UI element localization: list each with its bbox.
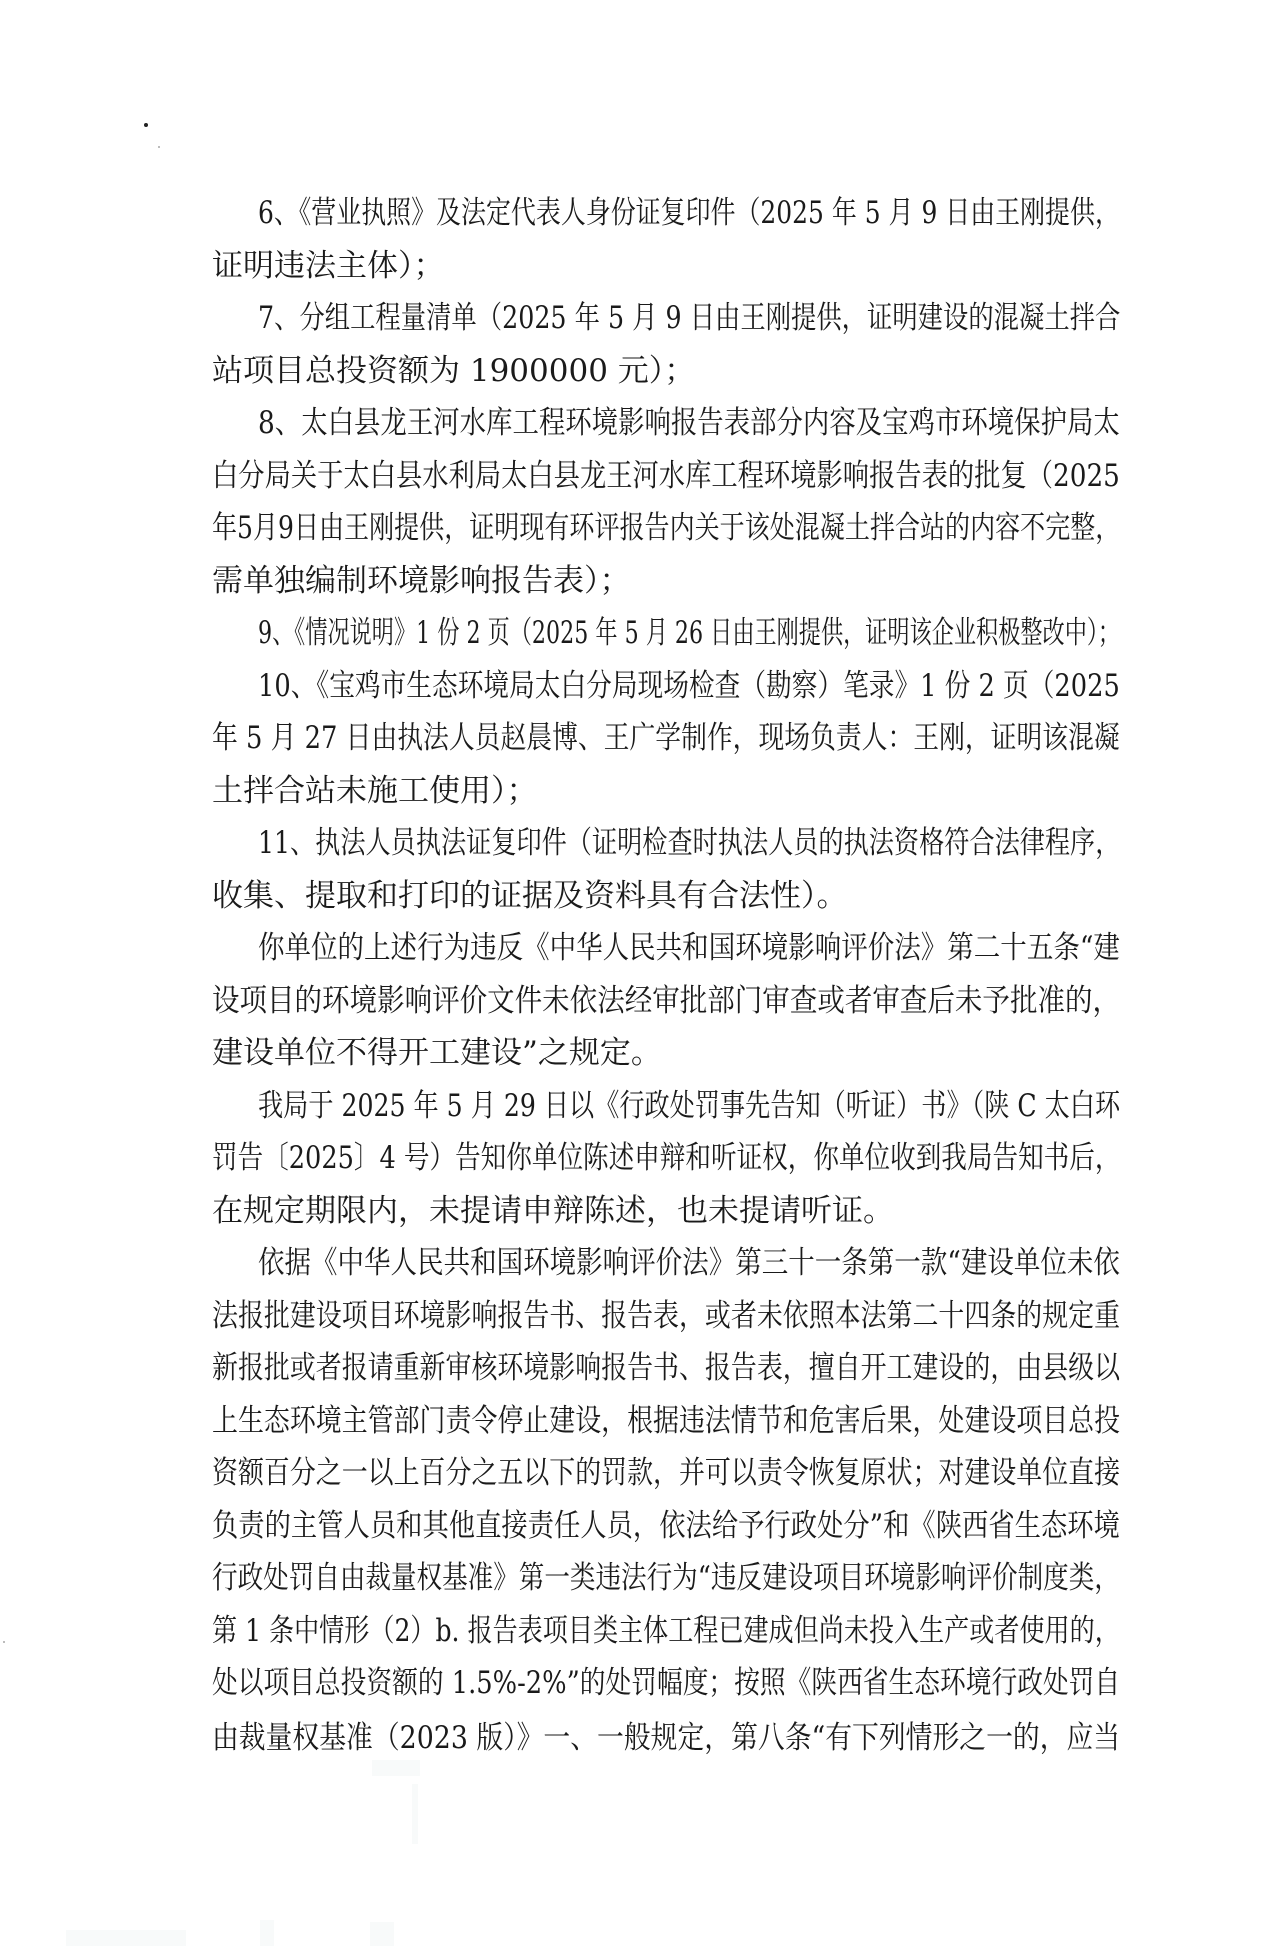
- scan-speck: [3, 1641, 5, 1643]
- legal-basis-line: 第 1 条中情形（2）b. 报告表项目类主体工程已建成但尚未投入生产或者使用的，: [212, 1605, 947, 1657]
- legal-basis-line: 新报批或者报请重新审核环境影响报告书、报告表，擅自开工建设的，由县级以: [212, 1342, 972, 1394]
- legal-basis-line: 处以项目总投资额的 1.5%-2%”的处罚幅度；按照《陕西省生态环境行政处罚自: [212, 1657, 966, 1709]
- bleed-through-mark: [66, 1930, 186, 1946]
- evidence-item-8-line: 白分局关于太白县水利局太白县龙王河水库工程环境影响报告表的批复（2025: [212, 450, 982, 502]
- evidence-item-11-line: 收集、提取和打印的证据及资料具有合法性）。: [212, 870, 1120, 922]
- evidence-item-7-line: 7、分组工程量清单（2025 年 5 月 9 日由王刚提供，证明建设的混凝土拌合: [258, 292, 962, 344]
- evidence-item-8-line: 需单独编制环境影响报告表）；: [212, 555, 1120, 607]
- prior-notice-line: 我局于 2025 年 5 月 29 日以《行政处罚事先告知（听证）书》（陕 C …: [258, 1080, 958, 1132]
- violation-statement-line: 设项目的环境影响评价文件未依法经审批部门审查或者审查后未予批准的，: [212, 975, 1018, 1027]
- scan-speck: [158, 146, 160, 148]
- bleed-through-mark: [370, 1922, 394, 1946]
- evidence-item-10-line: 土拌合站未施工使用）；: [212, 765, 1120, 817]
- legal-basis-line: 负责的主管人员和其他直接责任人员，依法给予行政处分”和《陕西省生态环境: [212, 1500, 983, 1552]
- legal-basis-line: 由裁量权基准（2023 版）》一、一般规定，第八条“有下列情形之一的，应当: [212, 1712, 997, 1764]
- bleed-through-mark: [412, 1784, 418, 1844]
- evidence-item-8-line: 年5月9日由王刚提供，证明现有环评报告内关于该处混凝土拌合站的内容不完整，: [212, 502, 945, 554]
- evidence-item-6-line: 证明违法主体）；: [212, 240, 1120, 292]
- legal-basis-line: 依据《中华人民共和国环境影响评价法》第三十一条第一款“建设单位未依: [258, 1237, 995, 1289]
- bleed-through-mark: [260, 1920, 274, 1946]
- prior-notice-line: 在规定期限内，未提请申辩陈述，也未提请听证。: [212, 1185, 1120, 1237]
- evidence-item-6-line: 6、《营业执照》及法定代表人身份证复印件（2025 年 5 月 9 日由王刚提供…: [258, 187, 952, 239]
- legal-basis-line: 法报批建设项目环境影响报告书、报告表，或者未依照本法第二十四条的规定重: [212, 1290, 972, 1342]
- violation-statement-line: 你单位的上述行为违反《中华人民共和国环境影响评价法》第二十五条“建: [258, 922, 995, 974]
- legal-basis-line: 上生态环境主管部门责令停止建设，根据违法情节和危害后果，处建设项目总投: [212, 1395, 972, 1447]
- evidence-item-8-line: 8、太白县龙王河水库工程环境影响报告表部分内容及宝鸡市环境保护局太: [258, 397, 992, 449]
- evidence-item-11-line: 11、执法人员执法证复印件（证明检查时执法人员的执法资格符合法律程序，: [258, 817, 958, 869]
- legal-basis-line: 行政处罚自由裁量权基准》第一类违法行为“违反建设项目环境影响评价制度类，: [212, 1552, 961, 1604]
- evidence-item-10-line: 10、《宝鸡市生态环境局太白分局现场检查（勘察）笔录》1 份 2 页（2025: [258, 660, 972, 712]
- violation-statement-line: 建设单位不得开工建设”之规定。: [212, 1027, 1120, 1079]
- document-page: 6、《营业执照》及法定代表人身份证复印件（2025 年 5 月 9 日由王刚提供…: [0, 0, 1280, 1946]
- scan-speck: [144, 123, 148, 127]
- evidence-item-9-line: 9、《情况说明》1 份 2 页（2025 年 5 月 26 日由王刚提供，证明该…: [258, 607, 874, 659]
- evidence-item-7-line: 站项目总投资额为 1900000 元）；: [212, 345, 1120, 397]
- evidence-item-10-line: 年 5 月 27 日由执法人员赵晨博、王广学制作，现场负责人：王刚，证明该混凝: [212, 712, 968, 764]
- prior-notice-line: 罚告〔2025〕4 号）告知你单位陈述申辩和听证权，你单位收到我局告知书后，: [212, 1132, 962, 1184]
- legal-basis-line: 资额百分之一以上百分之五以下的罚款，并可以责令恢复原状；对建设单位直接: [212, 1447, 972, 1499]
